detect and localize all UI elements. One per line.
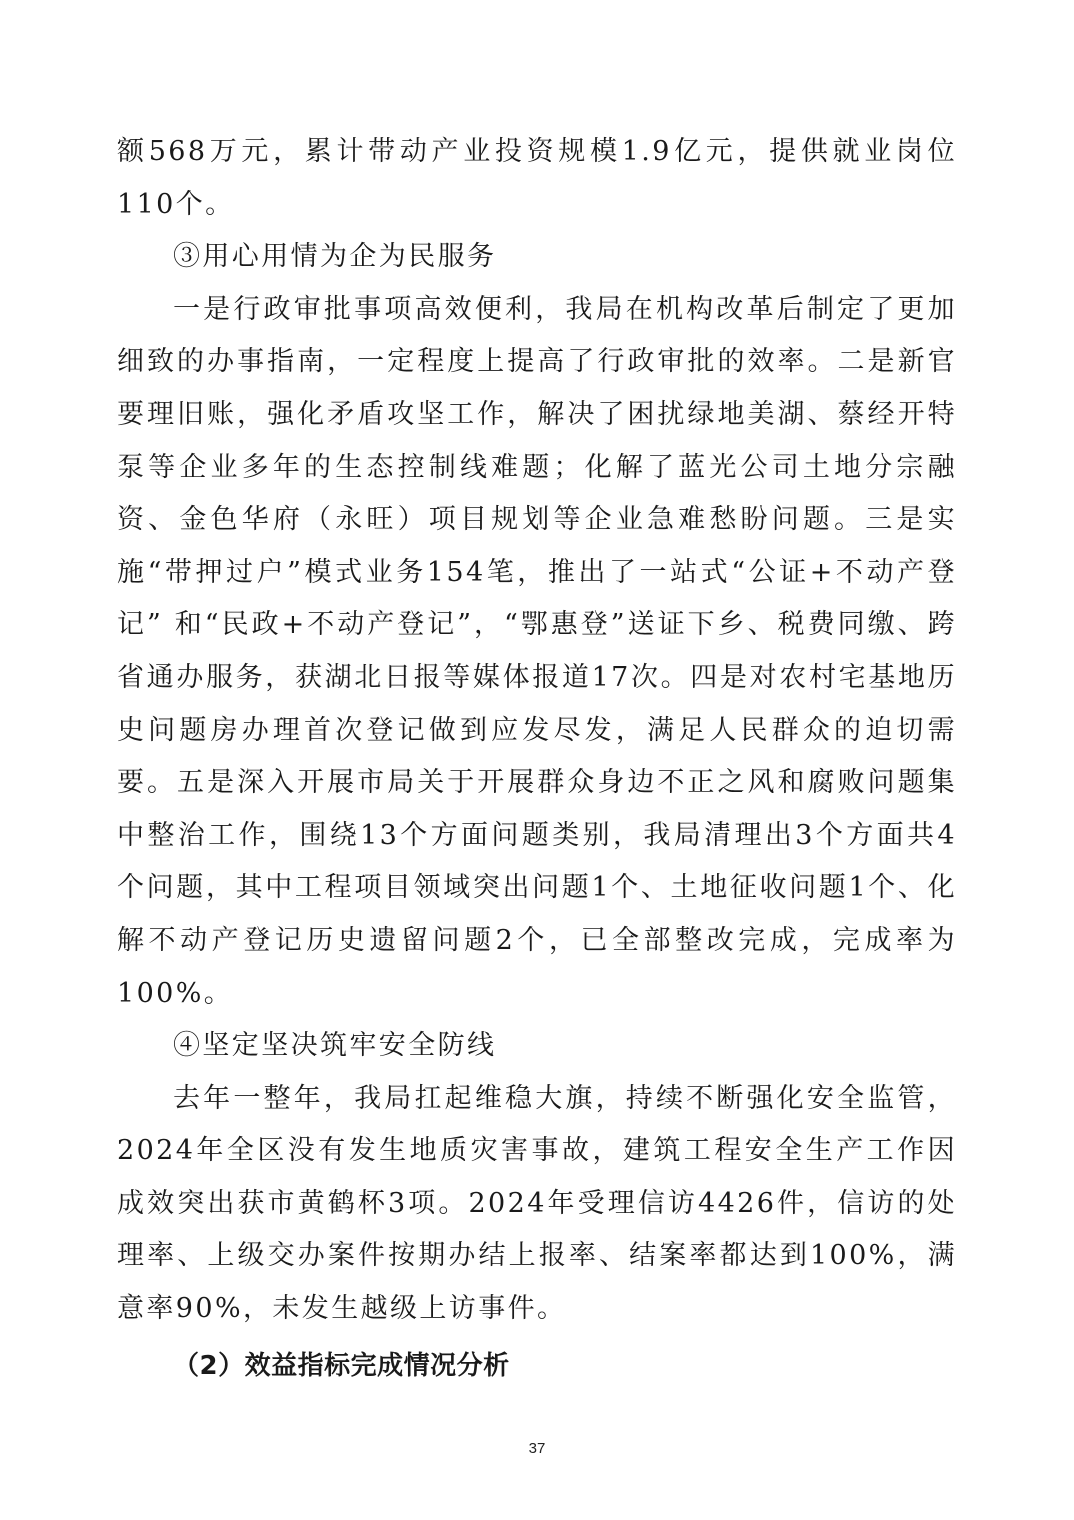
subheading-service: ③用心用情为企为民服务 bbox=[117, 231, 957, 284]
paragraph-continuation: 额568万元，累计带动产业投资规模1.9亿元，提供就业岗位110个。 bbox=[117, 126, 957, 231]
subheading-safety: ④坚定坚决筑牢安全防线 bbox=[117, 1020, 957, 1073]
document-page: 额568万元，累计带动产业投资规模1.9亿元，提供就业岗位110个。 ③用心用情… bbox=[117, 126, 957, 1392]
paragraph-service: 一是行政审批事项高效便利，我局在机构改革后制定了更加细致的办事指南，一定程度上提… bbox=[117, 284, 957, 1020]
page-number: 37 bbox=[0, 1440, 1074, 1457]
paragraph-safety: 去年一整年，我局扛起维稳大旗，持续不断强化安全监管，2024年全区没有发生地质灾… bbox=[117, 1073, 957, 1336]
section-heading-benefit-indicators: （2）效益指标完成情况分析 bbox=[117, 1340, 957, 1393]
